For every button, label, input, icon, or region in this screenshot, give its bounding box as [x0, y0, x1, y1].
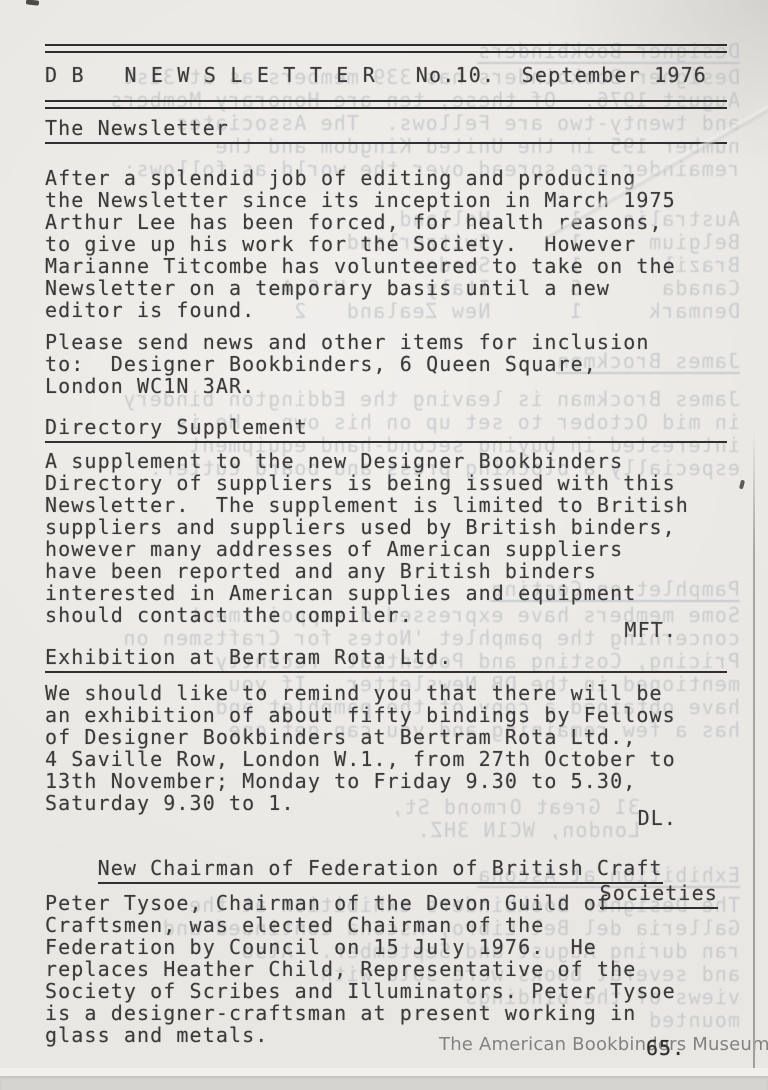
contributor-initials: MFT.	[45, 619, 727, 641]
contributor-initials: DL.	[45, 807, 727, 829]
masthead-rule-bottom	[45, 100, 727, 109]
paragraph: Peter Tysoe, Chairman of the Devon Guild…	[45, 892, 727, 1046]
newsletter-scan-page: Designer Bookbinders Designer Bookbinder…	[0, 0, 768, 1090]
ink-speck	[26, 0, 39, 6]
section-heading-directory-supplement: Directory Supplement	[45, 416, 727, 443]
masthead-rule-top	[45, 44, 727, 53]
ink-speck	[739, 480, 745, 490]
page-number: 65.	[646, 1036, 685, 1060]
paragraph: We should like to remind you that there …	[45, 682, 727, 814]
scan-bottom-band	[0, 1076, 768, 1090]
section-heading-exhibition-bertram-rota: Exhibition at Bertram Rota Ltd.	[45, 646, 727, 673]
museum-watermark: The American Bookbinders Museum	[439, 1034, 768, 1055]
scan-bottom-gap	[0, 1068, 768, 1076]
paragraph: A supplement to the new Designer Bookbin…	[45, 450, 727, 626]
section-heading-the-newsletter: The Newsletter	[45, 117, 727, 144]
newsletter-title: D B N E W S L E T T E R No.10. September…	[45, 63, 727, 87]
paragraph: After a splendid job of editing and prod…	[45, 167, 727, 321]
scan-edge-line	[753, 430, 755, 1090]
paragraph: Please send news and other items for inc…	[45, 331, 727, 397]
